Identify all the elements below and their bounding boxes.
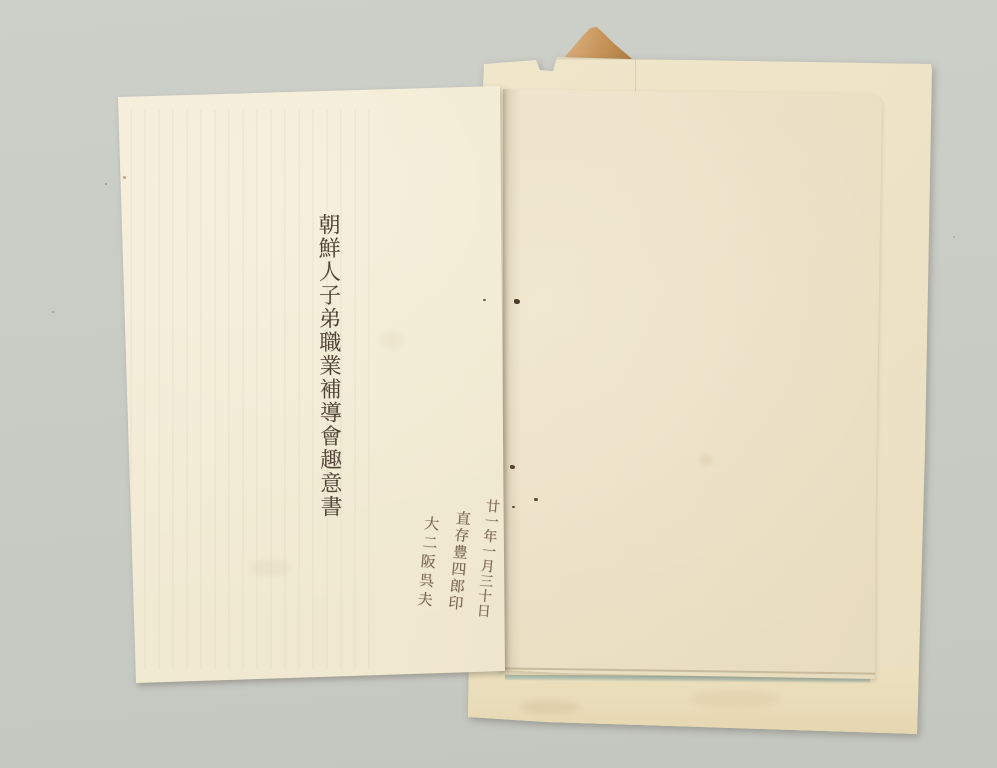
dust-speck bbox=[953, 236, 955, 238]
handwriting-name-column: 直存豊四郎印 bbox=[447, 510, 471, 613]
ink-speck bbox=[483, 299, 486, 301]
dust-speck bbox=[52, 311, 54, 313]
dust-speck bbox=[105, 183, 107, 185]
photo-surface: 朝鮮人子弟職業補導會趣意書 廿一年一月三十日 直存豊四郎印 大二阪呉夫 bbox=[0, 0, 997, 768]
stain bbox=[250, 560, 290, 576]
handwriting-place-column: 大二阪呉夫 bbox=[416, 515, 439, 611]
cover-title: 朝鮮人子弟職業補導會趣意書 bbox=[316, 213, 340, 533]
handwriting-date-column: 廿一年一月三十日 bbox=[475, 498, 499, 619]
cover-page: 朝鮮人子弟職業補導會趣意書 廿一年一月三十日 直存豊四郎印 大二阪呉夫 bbox=[0, 0, 997, 768]
stain bbox=[380, 330, 404, 350]
ink-speck bbox=[123, 176, 126, 179]
cover-page-shadow: 朝鮮人子弟職業補導會趣意書 廿一年一月三十日 直存豊四郎印 大二阪呉夫 bbox=[0, 0, 997, 768]
